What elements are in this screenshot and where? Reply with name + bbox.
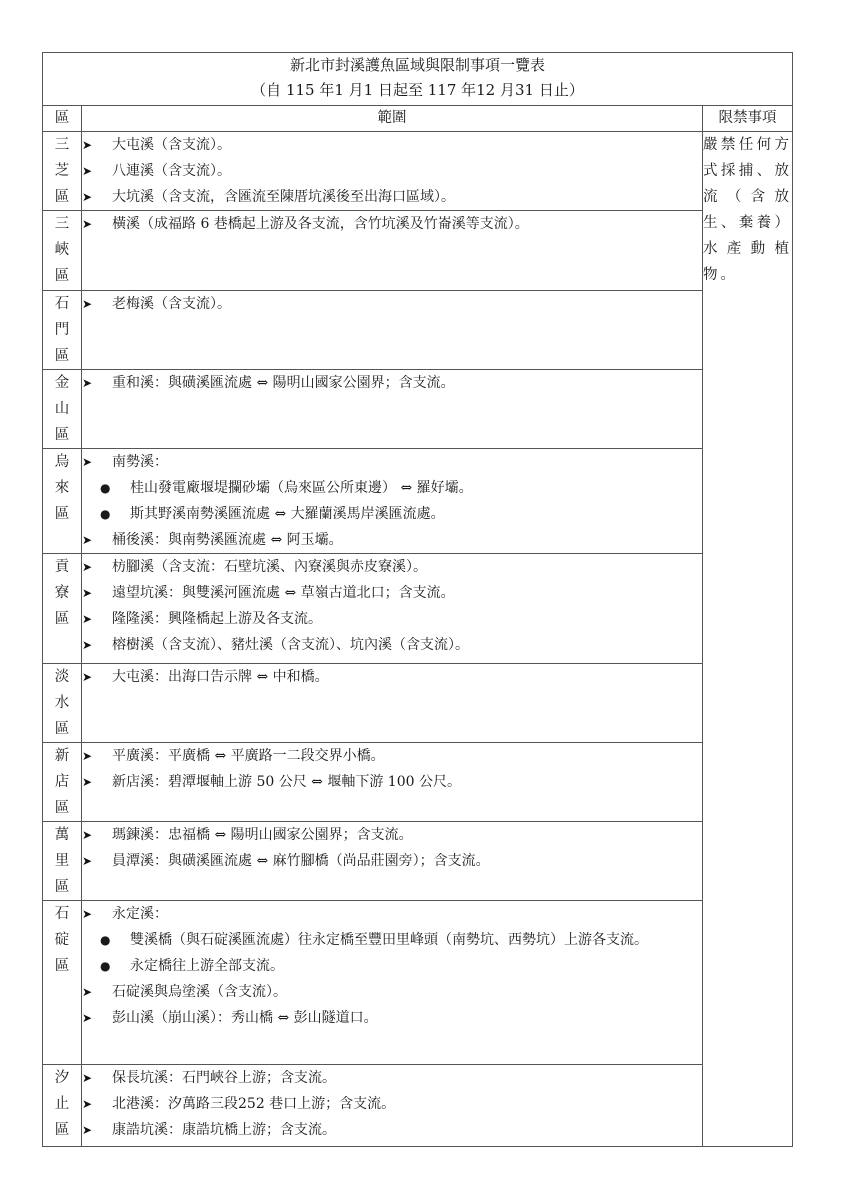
scope-cell: 大屯溪（含支流）。八連溪（含支流）。大坑溪（含支流，含匯流至陳厝坑溪後至出海口區…	[82, 132, 703, 211]
scope-item: 大坑溪（含支流，含匯流至陳厝坑溪後至出海口區域）。	[82, 184, 702, 210]
district-char: 山	[43, 396, 81, 422]
scope-item: 八連溪（含支流）。	[82, 158, 702, 184]
arrow-bullet-icon	[82, 1091, 112, 1117]
document-page: 新北市封溪護魚區域與限制事項一覽表 （自 115 年1 月1 日起至 117 年…	[0, 0, 849, 1200]
arrow-bullet-icon	[82, 901, 112, 927]
scope-subitem-text: 斯其野溪南勢溪匯流處 ⇔ 大羅蘭溪馬岸溪匯流處。	[130, 501, 702, 527]
scope-cell: 大屯溪：出海口告示牌 ⇔ 中和橋。	[82, 664, 703, 743]
arrow-bullet-icon	[82, 132, 112, 158]
table-row: 貢寮區枋腳溪（含支流：石壁坑溪、內寮溪與赤皮寮溪）。遠望坑溪：與雙溪河匯流處 ⇔…	[43, 554, 793, 664]
district-char: 門	[43, 317, 81, 343]
scope-item-text: 大屯溪：出海口告示牌 ⇔ 中和橋。	[112, 664, 702, 690]
district-char: 貢	[43, 554, 81, 580]
arrow-bullet-icon	[82, 370, 112, 396]
scope-subitem: 雙溪橋（與石碇溪匯流處）往永定橋至豐田里峰頭（南勢坑、西勢坑）上游各支流。	[82, 927, 702, 953]
scope-subitem: 永定橋往上游全部支流。	[82, 953, 702, 979]
district-char: 區	[43, 343, 81, 369]
scope-item: 隆隆溪：興隆橋起上游及各支流。	[82, 606, 702, 632]
district-char: 區	[43, 606, 81, 632]
district-char: 區	[43, 422, 81, 448]
district-char: 區	[43, 501, 81, 527]
district-cell: 石碇區	[43, 901, 82, 1065]
dot-bullet-icon	[100, 475, 130, 501]
scope-subitem: 斯其野溪南勢溪匯流處 ⇔ 大羅蘭溪馬岸溪匯流處。	[82, 501, 702, 527]
district-char: 石	[43, 291, 81, 317]
scope-item-text: 彭山溪（崩山溪）：秀山橋 ⇔ 彭山隧道口。	[112, 1005, 702, 1031]
scope-item-text: 員潭溪：與磺溪匯流處 ⇔ 麻竹腳橋（尚品莊園旁）；含支流。	[112, 848, 702, 874]
scope-cell: 瑪鍊溪：忠福橋 ⇔ 陽明山國家公園界；含支流。員潭溪：與磺溪匯流處 ⇔ 麻竹腳橋…	[82, 822, 703, 901]
closed-stream-table: 新北市封溪護魚區域與限制事項一覽表 （自 115 年1 月1 日起至 117 年…	[42, 52, 793, 1147]
header-scope: 範圍	[82, 106, 703, 132]
scope-item-text: 遠望坑溪：與雙溪河匯流處 ⇔ 草嶺古道北口；含支流。	[112, 580, 702, 606]
district-cell: 金山區	[43, 370, 82, 449]
arrow-bullet-icon	[82, 554, 112, 580]
table-row: 汐止區保長坑溪：石門峽谷上游；含支流。北港溪：汐萬路三段252 巷口上游；含支流…	[43, 1065, 793, 1147]
scope-cell: 老梅溪（含支流）。	[82, 291, 703, 370]
district-cell: 淡水區	[43, 664, 82, 743]
scope-item: 桶後溪：與南勢溪匯流處 ⇔ 阿玉壩。	[82, 527, 702, 553]
district-char: 區	[43, 953, 81, 979]
title-row: 新北市封溪護魚區域與限制事項一覽表 （自 115 年1 月1 日起至 117 年…	[43, 53, 793, 106]
scope-item-text: 老梅溪（含支流）。	[112, 291, 702, 317]
scope-item-text: 八連溪（含支流）。	[112, 158, 702, 184]
scope-item-text: 重和溪：與磺溪匯流處 ⇔ 陽明山國家公園界；含支流。	[112, 370, 702, 396]
scope-subitem-text: 永定橋往上游全部支流。	[130, 953, 702, 979]
dot-bullet-icon	[100, 927, 130, 953]
dot-bullet-icon	[100, 953, 130, 979]
table-row: 淡水區大屯溪：出海口告示牌 ⇔ 中和橋。	[43, 664, 793, 743]
scope-item: 瑪鍊溪：忠福橋 ⇔ 陽明山國家公園界；含支流。	[82, 822, 702, 848]
arrow-bullet-icon	[82, 580, 112, 606]
district-char: 三	[43, 132, 81, 158]
district-char: 三	[43, 211, 81, 237]
arrow-bullet-icon	[82, 1117, 112, 1143]
district-cell: 三芝區	[43, 132, 82, 211]
district-char: 來	[43, 475, 81, 501]
table-title: 新北市封溪護魚區域與限制事項一覽表	[43, 53, 792, 78]
scope-item: 永定溪：	[82, 901, 702, 927]
scope-item-text: 南勢溪：	[112, 449, 702, 475]
scope-item-text: 康誥坑溪：康誥坑橋上游；含支流。	[112, 1117, 702, 1143]
district-cell: 新店區	[43, 743, 82, 822]
scope-item: 老梅溪（含支流）。	[82, 291, 702, 317]
scope-item: 員潭溪：與磺溪匯流處 ⇔ 麻竹腳橋（尚品莊園旁）；含支流。	[82, 848, 702, 874]
arrow-bullet-icon	[82, 184, 112, 210]
dot-bullet-icon	[100, 501, 130, 527]
scope-item-text: 隆隆溪：興隆橋起上游及各支流。	[112, 606, 702, 632]
district-char: 店	[43, 769, 81, 795]
arrow-bullet-icon	[82, 632, 112, 658]
arrow-bullet-icon	[82, 449, 112, 475]
table-row: 烏來區南勢溪：桂山發電廠堰堤攔砂壩（烏來區公所東邊） ⇔ 羅好壩。斯其野溪南勢溪…	[43, 449, 793, 554]
header-restriction: 限禁事項	[703, 106, 793, 132]
scope-item-text: 桶後溪：與南勢溪匯流處 ⇔ 阿玉壩。	[112, 527, 702, 553]
scope-item-text: 北港溪：汐萬路三段252 巷口上游；含支流。	[112, 1091, 702, 1117]
scope-item: 新店溪：碧潭堰軸上游 50 公尺 ⇔ 堰軸下游 100 公尺。	[82, 769, 702, 795]
district-char: 碇	[43, 927, 81, 953]
scope-cell: 永定溪：雙溪橋（與石碇溪匯流處）往永定橋至豐田里峰頭（南勢坑、西勢坑）上游各支流…	[82, 901, 703, 1065]
district-char: 區	[43, 716, 81, 742]
arrow-bullet-icon	[82, 664, 112, 690]
arrow-bullet-icon	[82, 527, 112, 553]
district-char: 止	[43, 1091, 81, 1117]
district-char: 里	[43, 848, 81, 874]
table-row: 新店區平廣溪：平廣橋 ⇔ 平廣路一二段交界小橋。新店溪：碧潭堰軸上游 50 公尺…	[43, 743, 793, 822]
district-char: 汐	[43, 1065, 81, 1091]
arrow-bullet-icon	[82, 848, 112, 874]
arrow-bullet-icon	[82, 769, 112, 795]
table-row: 金山區重和溪：與磺溪匯流處 ⇔ 陽明山國家公園界；含支流。	[43, 370, 793, 449]
scope-item-text: 大坑溪（含支流，含匯流至陳厝坑溪後至出海口區域）。	[112, 184, 702, 210]
scope-subitem-text: 雙溪橋（與石碇溪匯流處）往永定橋至豐田里峰頭（南勢坑、西勢坑）上游各支流。	[130, 927, 702, 953]
district-cell: 汐止區	[43, 1065, 82, 1147]
scope-cell: 南勢溪：桂山發電廠堰堤攔砂壩（烏來區公所東邊） ⇔ 羅好壩。斯其野溪南勢溪匯流處…	[82, 449, 703, 554]
scope-subitem: 桂山發電廠堰堤攔砂壩（烏來區公所東邊） ⇔ 羅好壩。	[82, 475, 702, 501]
scope-cell: 橫溪（成福路 6 巷橋起上游及各支流，含竹坑溪及竹崙溪等支流）。	[82, 211, 703, 291]
table-row: 萬里區瑪鍊溪：忠福橋 ⇔ 陽明山國家公園界；含支流。員潭溪：與磺溪匯流處 ⇔ 麻…	[43, 822, 793, 901]
table-row: 三峽區橫溪（成福路 6 巷橋起上游及各支流，含竹坑溪及竹崙溪等支流）。	[43, 211, 793, 291]
arrow-bullet-icon	[82, 158, 112, 184]
scope-item: 遠望坑溪：與雙溪河匯流處 ⇔ 草嶺古道北口；含支流。	[82, 580, 702, 606]
arrow-bullet-icon	[82, 979, 112, 1005]
district-char: 水	[43, 690, 81, 716]
scope-item: 彭山溪（崩山溪）：秀山橋 ⇔ 彭山隧道口。	[82, 1005, 702, 1031]
arrow-bullet-icon	[82, 211, 112, 237]
scope-item: 重和溪：與磺溪匯流處 ⇔ 陽明山國家公園界；含支流。	[82, 370, 702, 396]
table-row: 石碇區永定溪：雙溪橋（與石碇溪匯流處）往永定橋至豐田里峰頭（南勢坑、西勢坑）上游…	[43, 901, 793, 1065]
district-cell: 萬里區	[43, 822, 82, 901]
scope-cell: 枋腳溪（含支流：石壁坑溪、內寮溪與赤皮寮溪）。遠望坑溪：與雙溪河匯流處 ⇔ 草嶺…	[82, 554, 703, 664]
scope-subitem-text: 桂山發電廠堰堤攔砂壩（烏來區公所東邊） ⇔ 羅好壩。	[130, 475, 702, 501]
scope-item-text: 平廣溪：平廣橋 ⇔ 平廣路一二段交界小橋。	[112, 743, 702, 769]
header-row: 區 範圍 限禁事項	[43, 106, 793, 132]
district-cell: 三峽區	[43, 211, 82, 291]
district-cell: 烏來區	[43, 449, 82, 554]
district-char: 烏	[43, 449, 81, 475]
scope-item-text: 榕樹溪（含支流）、豬灶溪（含支流）、坑內溪（含支流）。	[112, 632, 702, 658]
arrow-bullet-icon	[82, 743, 112, 769]
district-char: 淡	[43, 664, 81, 690]
district-char: 區	[43, 1117, 81, 1143]
scope-item: 石碇溪與烏塗溪（含支流）。	[82, 979, 702, 1005]
scope-item-text: 石碇溪與烏塗溪（含支流）。	[112, 979, 702, 1005]
scope-cell: 平廣溪：平廣橋 ⇔ 平廣路一二段交界小橋。新店溪：碧潭堰軸上游 50 公尺 ⇔ …	[82, 743, 703, 822]
scope-item-text: 枋腳溪（含支流：石壁坑溪、內寮溪與赤皮寮溪）。	[112, 554, 702, 580]
scope-item-text: 瑪鍊溪：忠福橋 ⇔ 陽明山國家公園界；含支流。	[112, 822, 702, 848]
scope-item: 平廣溪：平廣橋 ⇔ 平廣路一二段交界小橋。	[82, 743, 702, 769]
arrow-bullet-icon	[82, 822, 112, 848]
scope-item: 南勢溪：	[82, 449, 702, 475]
scope-item: 康誥坑溪：康誥坑橋上游；含支流。	[82, 1117, 702, 1143]
scope-item: 橫溪（成福路 6 巷橋起上游及各支流，含竹坑溪及竹崙溪等支流）。	[82, 211, 702, 237]
scope-item-text: 橫溪（成福路 6 巷橋起上游及各支流，含竹坑溪及竹崙溪等支流）。	[112, 211, 702, 237]
scope-item: 大屯溪：出海口告示牌 ⇔ 中和橋。	[82, 664, 702, 690]
scope-item-text: 永定溪：	[112, 901, 702, 927]
district-cell: 石門區	[43, 291, 82, 370]
district-char: 石	[43, 901, 81, 927]
district-char: 區	[43, 184, 81, 210]
district-cell: 貢寮區	[43, 554, 82, 664]
scope-item-text: 新店溪：碧潭堰軸上游 50 公尺 ⇔ 堰軸下游 100 公尺。	[112, 769, 702, 795]
district-char: 區	[43, 263, 81, 289]
table-row: 石門區老梅溪（含支流）。	[43, 291, 793, 370]
scope-item-text: 大屯溪（含支流）。	[112, 132, 702, 158]
scope-item-text: 保長坑溪：石門峽谷上游；含支流。	[112, 1065, 702, 1091]
district-char: 區	[43, 874, 81, 900]
district-char: 芝	[43, 158, 81, 184]
scope-item: 北港溪：汐萬路三段252 巷口上游；含支流。	[82, 1091, 702, 1117]
arrow-bullet-icon	[82, 291, 112, 317]
arrow-bullet-icon	[82, 1005, 112, 1031]
scope-item: 大屯溪（含支流）。	[82, 132, 702, 158]
arrow-bullet-icon	[82, 606, 112, 632]
scope-item: 枋腳溪（含支流：石壁坑溪、內寮溪與赤皮寮溪）。	[82, 554, 702, 580]
district-char: 寮	[43, 580, 81, 606]
header-district: 區	[43, 106, 82, 132]
table-title-cell: 新北市封溪護魚區域與限制事項一覽表 （自 115 年1 月1 日起至 117 年…	[43, 53, 793, 106]
district-char: 區	[43, 795, 81, 821]
table-subtitle: （自 115 年1 月1 日起至 117 年12 月31 日止）	[43, 78, 792, 103]
arrow-bullet-icon	[82, 1065, 112, 1091]
district-char: 金	[43, 370, 81, 396]
district-char: 峽	[43, 237, 81, 263]
district-char: 萬	[43, 822, 81, 848]
scope-item: 保長坑溪：石門峽谷上游；含支流。	[82, 1065, 702, 1091]
restriction-cell: 嚴禁任何方式採捕、放流（含放生、棄養）水產動植物。	[703, 132, 793, 1147]
scope-cell: 重和溪：與磺溪匯流處 ⇔ 陽明山國家公園界；含支流。	[82, 370, 703, 449]
district-char: 新	[43, 743, 81, 769]
scope-item: 榕樹溪（含支流）、豬灶溪（含支流）、坑內溪（含支流）。	[82, 632, 702, 658]
scope-cell: 保長坑溪：石門峽谷上游；含支流。北港溪：汐萬路三段252 巷口上游；含支流。康誥…	[82, 1065, 703, 1147]
table-row: 三芝區大屯溪（含支流）。八連溪（含支流）。大坑溪（含支流，含匯流至陳厝坑溪後至出…	[43, 132, 793, 211]
